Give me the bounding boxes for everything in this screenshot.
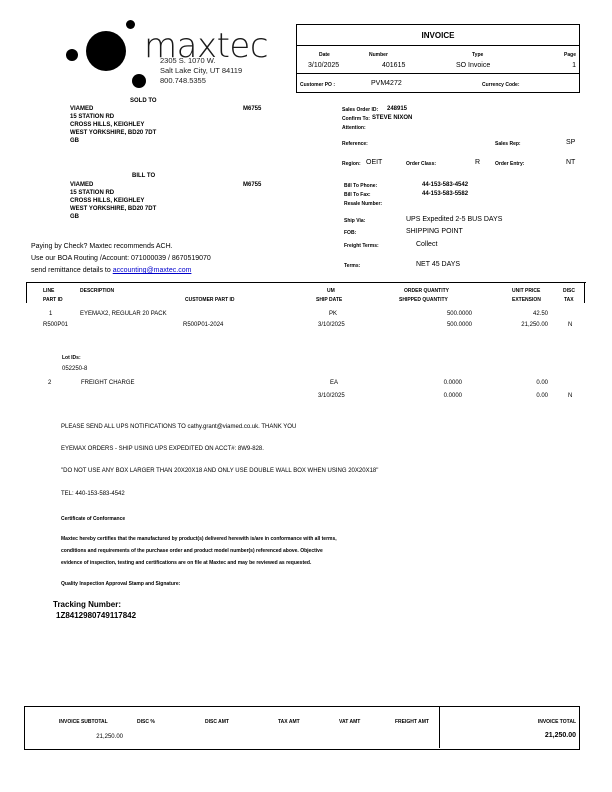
box-size-note: "DO NOT USE ANY BOX LARGER THAN 20X20X18…: [61, 468, 378, 474]
invoice-subtotal: 21,250.00: [65, 734, 123, 740]
bill-to-heading: BILL TO: [132, 173, 155, 179]
currency-code-label: Currency Code:: [482, 82, 520, 88]
company-address-line1: 2305 S. 1070 W.: [160, 56, 215, 65]
row-ship-date: 3/10/2025: [318, 393, 345, 399]
bill-to-name: VIAMED: [70, 182, 93, 188]
coc-text-line1: Maxtec hereby certifies that the manufac…: [61, 536, 337, 542]
tax-amt-label: TAX AMT: [278, 719, 300, 725]
table-left-border: [26, 282, 27, 303]
logo-dot-top: [126, 20, 135, 29]
region: OEIT: [366, 159, 382, 166]
eyemax-shipping-note: EYEMAX ORDERS - SHIP USING UPS EXPEDITED…: [61, 446, 264, 452]
company-address-line2: Salt Lake City, UT 84119: [160, 66, 242, 75]
order-class-label: Order Class:: [406, 161, 436, 167]
payment-note-line2: Use our BOA Routing /Account: 071000039 …: [31, 255, 211, 262]
telephone-note: TEL: 440-153-583-4542: [61, 491, 125, 497]
ups-notification-note: PLEASE SEND ALL UPS NOTIFICATIONS TO cat…: [61, 424, 296, 430]
confirm-to: STEVE NIXON: [372, 115, 412, 121]
invoice-header-box: INVOICE Date Number Type Page 3/10/2025 …: [296, 24, 580, 93]
company-logo: maxtec 2305 S. 1070 W. Salt Lake City, U…: [66, 18, 292, 92]
coc-text-line3: evidence of inspection, testing and cert…: [61, 560, 311, 566]
bill-to-phone-label: Bill To Phone:: [344, 183, 377, 189]
row-shipped-qty: 0.0000: [420, 393, 462, 399]
terms: NET 45 DAYS: [416, 261, 460, 268]
lot-ids-label: Lot IDs:: [62, 355, 81, 361]
reference-label: Reference:: [342, 141, 368, 147]
col-line-header: LINE: [43, 288, 54, 294]
sales-rep-label: Sales Rep:: [495, 141, 521, 147]
bill-to-address-line: 15 STATION RD: [70, 190, 114, 196]
sold-to-name: VIAMED: [70, 106, 93, 112]
date-label: Date: [319, 52, 330, 58]
row-ship-date: 3/10/2025: [318, 322, 345, 328]
tracking-number-label: Tracking Number:: [53, 600, 121, 609]
row-unit-price: 0.00: [510, 380, 548, 386]
bill-to-address-line: GB: [70, 214, 79, 220]
col-part-id-header: PART ID: [43, 297, 63, 303]
invoice-title: INVOICE: [297, 31, 579, 40]
col-customer-part-id-header: CUSTOMER PART ID: [185, 297, 235, 303]
bill-to-phone: 44-153-583-4542: [422, 182, 468, 188]
sold-to-address-line: CROSS HILLS, KEIGHLEY: [70, 122, 144, 128]
col-disc-header: DISC: [563, 288, 575, 294]
col-unit-price-header: UNIT PRICE: [512, 288, 540, 294]
sales-order-id-label: Sales Order ID:: [342, 107, 378, 113]
coc-text-line2: conditions and requirements of the purch…: [61, 548, 323, 554]
table-top-border: [26, 282, 586, 283]
order-entry-label: Order Entry:: [495, 161, 524, 167]
bill-to-fax: 44-153-583-5582: [422, 191, 468, 197]
sold-to-heading: SOLD TO: [130, 98, 157, 104]
bill-to-address-line: CROSS HILLS, KEIGHLEY: [70, 198, 144, 204]
table-right-border: [584, 282, 585, 303]
disc-amt-label: DISC AMT: [205, 719, 229, 725]
invoice-date: 3/10/2025: [308, 62, 339, 69]
divider: [297, 45, 579, 46]
confirm-to-label: Confirm To:: [342, 116, 370, 122]
invoice-type: SO Invoice: [456, 62, 490, 69]
row-line-number: 2: [48, 380, 51, 386]
remittance-text: send remittance details to: [31, 267, 111, 274]
ship-via: UPS Expedited 2-5 BUS DAYS: [406, 216, 502, 223]
logo-dot-bottom: [132, 74, 146, 88]
payment-note-line3: send remittance details to accounting@ma…: [31, 267, 191, 274]
row-tax: N: [568, 322, 572, 328]
quality-stamp-label: Quality Inspection Approval Stamp and Si…: [61, 581, 180, 587]
row-description: FREIGHT CHARGE: [81, 380, 135, 386]
order-entry: NT: [566, 159, 575, 166]
row-shipped-qty: 500.0000: [420, 322, 472, 328]
sold-to-address-line: GB: [70, 138, 79, 144]
col-extension-header: EXTENSION: [512, 297, 541, 303]
page-number: 1: [572, 62, 576, 69]
bill-to-fax-label: Bill To Fax:: [344, 192, 371, 198]
row-part-id: R500P01: [43, 322, 68, 328]
lot-id: 052250-8: [62, 366, 87, 372]
company-phone: 800.748.5355: [160, 76, 206, 85]
row-order-qty: 500.0000: [420, 311, 472, 317]
accounting-email-link[interactable]: accounting@maxtec.com: [113, 267, 192, 274]
terms-label: Terms:: [344, 263, 360, 269]
row-customer-part-id: R500P01-2024: [183, 322, 223, 328]
invoice-total: 21,250.00: [545, 732, 576, 739]
number-label: Number: [369, 52, 388, 58]
row-description: EYEMAX2, REGULAR 20 PACK: [80, 311, 167, 317]
sales-order-id: 248915: [387, 106, 407, 112]
divider: [297, 73, 579, 74]
bill-to-address-line: WEST YORKSHIRE, BD20 7DT: [70, 206, 156, 212]
col-um-header: UM: [327, 288, 335, 294]
type-label: Type: [472, 52, 483, 58]
col-order-qty-header: ORDER QUANTITY: [404, 288, 449, 294]
tracking-number[interactable]: 1Z8412980749117842: [56, 611, 136, 620]
bill-to-account: M6755: [243, 182, 261, 188]
page-label: Page: [564, 52, 576, 58]
row-tax: N: [568, 393, 572, 399]
ship-via-label: Ship Via:: [344, 218, 365, 224]
resale-number-label: Resale Number:: [344, 201, 382, 207]
customer-po-label: Customer PO :: [300, 82, 335, 88]
freight-terms: Collect: [416, 241, 437, 248]
customer-po: PVM4272: [371, 80, 402, 87]
freight-amt-label: FREIGHT AMT: [395, 719, 429, 725]
attention-label: Attention:: [342, 125, 366, 131]
vat-amt-label: VAT AMT: [339, 719, 360, 725]
payment-note-line1: Paying by Check? Maxtec recommends ACH.: [31, 243, 173, 250]
disc-pct-label: DISC %: [137, 719, 155, 725]
row-extension: 21,250.00: [500, 322, 548, 328]
region-label: Region:: [342, 161, 361, 167]
coc-title: Certificate of Conformance: [61, 516, 125, 522]
logo-dot-small: [66, 49, 78, 61]
invoice-number: 401615: [382, 62, 405, 69]
row-unit-price: 42.50: [510, 311, 548, 317]
invoice-subtotal-label: INVOICE SUBTOTAL: [59, 719, 108, 725]
freight-terms-label: Freight Terms:: [344, 243, 379, 249]
row-um: EA: [330, 380, 338, 386]
col-shipped-qty-header: SHIPPED QUANTITY: [399, 297, 448, 303]
row-line-number: 1: [49, 311, 52, 317]
order-class: R: [475, 159, 480, 166]
col-description-header: DESCRIPTION: [80, 288, 114, 294]
logo-dot-large: [86, 31, 126, 71]
row-extension: 0.00: [510, 393, 548, 399]
totals-divider: [439, 707, 440, 748]
fob-label: FOB:: [344, 230, 356, 236]
row-order-qty: 0.0000: [420, 380, 462, 386]
sold-to-address-line: 15 STATION RD: [70, 114, 114, 120]
col-tax-header: TAX: [564, 297, 574, 303]
sold-to-address-line: WEST YORKSHIRE, BD20 7DT: [70, 130, 156, 136]
totals-box: INVOICE SUBTOTAL 21,250.00 DISC % DISC A…: [24, 706, 580, 750]
fob: SHIPPING POINT: [406, 228, 463, 235]
sold-to-account: M6755: [243, 106, 261, 112]
invoice-total-label: INVOICE TOTAL: [538, 719, 576, 725]
col-ship-date-header: SHIP DATE: [316, 297, 342, 303]
row-um: PK: [329, 311, 337, 317]
sales-rep: SP: [566, 139, 575, 146]
